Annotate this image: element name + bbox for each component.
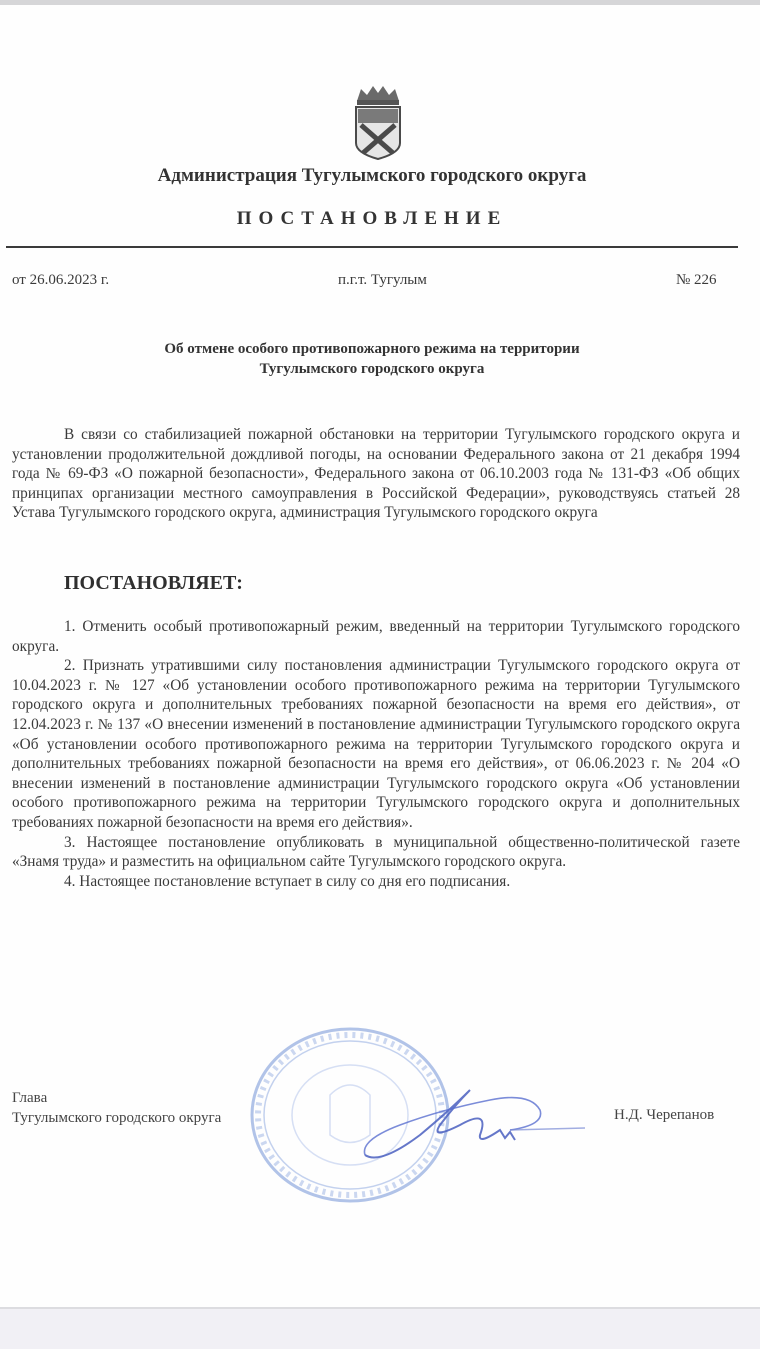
resolution-item-3: 3. Настоящее постановление опубликовать … [12, 833, 740, 872]
subject-line-2: Тугулымского городского округа [0, 359, 744, 379]
resolution-items: 1. Отменить особый противопожарный режим… [12, 617, 740, 891]
header-divider [6, 246, 738, 248]
signatory-title: Глава Тугулымского городского округа [12, 1088, 221, 1128]
signatory-name: Н.Д. Черепанов [614, 1107, 714, 1124]
document-page: Администрация Тугулымского городского ок… [0, 5, 760, 1309]
resolves-heading: ПОСТАНОВЛЯЕТ: [64, 572, 243, 595]
document-subject: Об отмене особого противопожарного режим… [0, 339, 744, 379]
document-place: п.г.т. Тугулым [338, 272, 427, 289]
signatory-title-line-2: Тугулымского городского округа [12, 1108, 221, 1128]
coat-of-arms-icon [343, 83, 413, 163]
resolution-item-2: 2. Признать утратившими силу постановлен… [12, 656, 740, 832]
subject-line-1: Об отмене особого противопожарного режим… [0, 339, 744, 359]
organization-name: Администрация Тугулымского городского ок… [0, 165, 744, 187]
resolution-item-1: 1. Отменить особый противопожарный режим… [12, 617, 740, 656]
resolution-item-4: 4. Настоящее постановление вступает в си… [12, 872, 740, 892]
document-number: № 226 [676, 272, 717, 289]
document-type-title: ПОСТАНОВЛЕНИЕ [0, 208, 744, 230]
signatory-title-line-1: Глава [12, 1088, 221, 1108]
handwritten-signature [360, 1080, 590, 1165]
intro-paragraph: В связи со стабилизацией пожарной обстан… [12, 425, 740, 523]
document-date: от 26.06.2023 г. [12, 272, 109, 289]
